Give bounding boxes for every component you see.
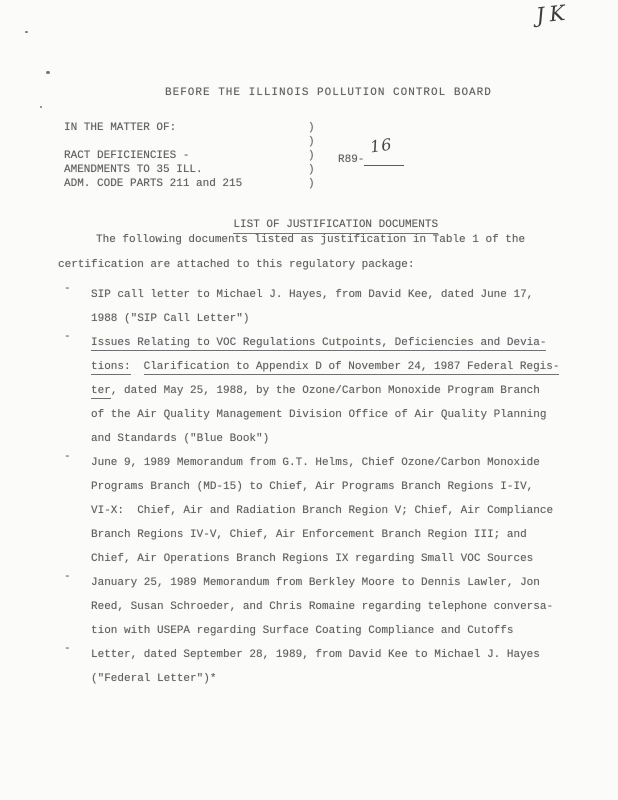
caption-paren: ): [308, 122, 315, 134]
intro-paragraph-line: The following documents listed as justif…: [96, 234, 525, 246]
underlined-title-segment: tions:: [91, 361, 131, 375]
docket-number: R89-16: [338, 152, 404, 166]
item-line: Chief, Air Operations Branch Regions IX …: [91, 547, 580, 571]
item-line: Letter, dated September 28, 1989, from D…: [91, 643, 580, 667]
caption-matter-line: AMENDMENTS TO 35 ILL.: [64, 164, 203, 177]
underlined-title-segment: Issues Relating to VOC Regulations Cutpo…: [91, 337, 546, 351]
caption-paren: ): [308, 164, 315, 176]
list-item-helms-memorandum: - June 9, 1989 Memorandum from G.T. Helm…: [60, 451, 580, 571]
caption-matter-line: ADM. CODE PARTS 211 and 215: [64, 178, 242, 191]
scan-speck: [40, 106, 42, 108]
list-item-federal-letter: - Letter, dated September 28, 1989, from…: [60, 643, 580, 691]
bullet-dash: -: [64, 451, 71, 463]
bullet-dash: -: [64, 643, 71, 655]
justification-documents-list: - SIP call letter to Michael J. Hayes, f…: [60, 283, 580, 691]
item-line: January 25, 1989 Memorandum from Berkley…: [91, 571, 580, 595]
item-line: ("Federal Letter")*: [91, 667, 580, 691]
item-line: Programs Branch (MD-15) to Chief, Air Pr…: [91, 475, 580, 499]
list-item-moore-memorandum: - January 25, 1989 Memorandum from Berkl…: [60, 571, 580, 643]
caption-matter-line: RACT DEFICIENCIES -: [64, 150, 189, 163]
item-line: tions:Clarification to Appendix D of Nov…: [91, 355, 580, 379]
item-line-text: , dated May 25, 1988, by the Ozone/Carbo…: [111, 385, 540, 397]
item-line: SIP call letter to Michael J. Hayes, fro…: [91, 283, 580, 307]
caption-paren: ): [308, 178, 315, 190]
caption-matter-label: IN THE MATTER OF:: [64, 122, 176, 135]
item-line: and Standards ("Blue Book"): [91, 427, 580, 451]
bullet-dash: -: [64, 283, 71, 295]
item-line: 1988 ("SIP Call Letter"): [91, 307, 580, 331]
item-line: of the Air Quality Management Division O…: [91, 403, 580, 427]
intro-paragraph-line: certification are attached to this regul…: [58, 259, 414, 271]
item-line: ter, dated May 25, 1988, by the Ozone/Ca…: [91, 379, 580, 403]
bullet-dash: -: [64, 331, 71, 343]
item-line: VI-X: Chief, Air and Radiation Branch Re…: [91, 499, 580, 523]
list-item-sip-call-letter: - SIP call letter to Michael J. Hayes, f…: [60, 283, 580, 331]
docket-prefix: R89-: [338, 154, 364, 166]
document-header: BEFORE THE ILLINOIS POLLUTION CONTROL BO…: [165, 87, 492, 99]
caption-paren: ): [308, 150, 315, 162]
bullet-dash: -: [64, 571, 71, 583]
underlined-title-segment: ter: [91, 385, 111, 399]
docket-blank-line: 16: [364, 152, 404, 166]
underlined-title-segment: Clarification to Appendix D of November …: [144, 361, 560, 375]
scanned-document-page: JK BEFORE THE ILLINOIS POLLUTION CONTROL…: [0, 0, 618, 800]
docket-handwritten-number: 16: [369, 135, 394, 157]
scan-speck: [46, 71, 50, 74]
handwritten-initials: JK: [535, 0, 571, 27]
caption-paren: ): [308, 136, 315, 148]
document-title-text: LIST OF JUSTIFICATION DOCUMENTS: [233, 219, 438, 234]
item-line: tion with USEPA regarding Surface Coatin…: [91, 619, 580, 643]
item-line: Issues Relating to VOC Regulations Cutpo…: [91, 331, 580, 355]
item-line: Branch Regions IV-V, Chief, Air Enforcem…: [91, 523, 580, 547]
scan-speck: [25, 31, 28, 33]
list-item-blue-book: - Issues Relating to VOC Regulations Cut…: [60, 331, 580, 451]
item-line: Reed, Susan Schroeder, and Chris Romaine…: [91, 595, 580, 619]
item-line: June 9, 1989 Memorandum from G.T. Helms,…: [91, 451, 580, 475]
